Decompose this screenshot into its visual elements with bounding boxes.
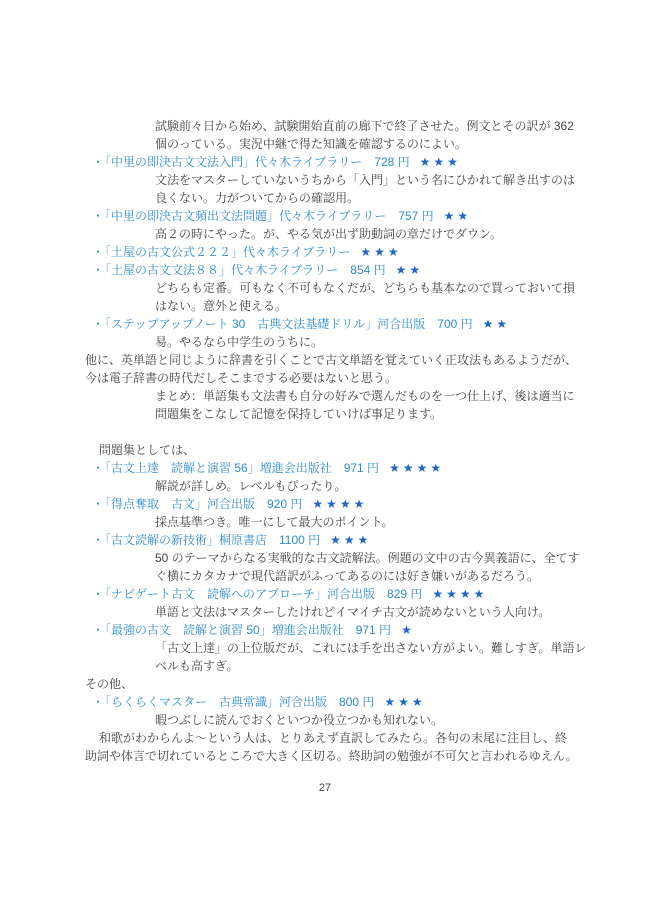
book-entry: ・「得点奪取 古文」河合出版 920 円★★★★ [92,495,567,513]
paragraph-line: 50 のテーマからなる実戦的な古文読解法。例題の文中の古今異義語に、全てす [155,549,567,567]
book-title: 「古文読解の新技術」桐原書店 1100 円 [105,533,320,547]
book-entry: ・「土屋の古文文法８８」代々木ライブラリー 854 円★★ [92,261,567,279]
paragraph-line: 今は電子辞書の時代だしそこまでする必要はないと思う。 [85,369,567,387]
blank-line [85,423,567,441]
book-title: 「土屋の古文公式２２２」代々木ライブラリー [105,245,350,259]
star-rating: ★ [401,623,415,637]
paragraph-line: 高２の時にやった。が、やる気が出ず助動詞の章だけでダウン。 [155,225,567,243]
paragraph-line: 試験前々日から始め、試験開始直前の廊下で終了させた。例文とその訳が 362 [155,117,567,135]
paragraph-line: 良くない。力がついてからの確認用。 [155,189,567,207]
book-title: 「らくらくマスター 古典常識」河合出版 800 円 [105,695,374,709]
book-entry: ・「古文上達 読解と演習 56」増進会出版社 971 円★★★★ [92,459,567,477]
book-entry: ・「ステップアップノート 30 古典文法基礎ドリル」河合出版 700 円★★ [92,315,567,333]
list-bullet: ・ [92,623,104,637]
list-bullet: ・ [92,695,104,709]
star-rating: ★★ [444,209,472,223]
paragraph-line: 暇つぶしに読んでおくといつか役立つかも知れない。 [155,711,567,729]
book-entry: ・「中里の即決古文文法入門」代々木ライブラリー 728 円★★★ [92,153,567,171]
book-title: 「古文上達 読解と演習 56」増進会出版社 971 円 [105,461,379,475]
paragraph-line: 問題集としては、 [99,441,567,459]
star-rating: ★★★ [420,155,461,169]
book-title: 「最強の古文 読解と演習 50」増進会出版社 971 円 [105,623,391,637]
paragraph-line: 採点基準つき。唯一にして最大のポイント。 [155,513,567,531]
paragraph-line: 易。やるなら中学生のうちに。 [155,333,567,351]
paragraph-line: 「古文上達」の上位版だが、これには手を出さない方がよい。難しすぎ。単語レ [155,639,567,657]
star-rating: ★★ [483,317,511,331]
paragraph-line: 単語と文法はマスターしたけれどイマイチ古文が読めないという人向け。 [155,603,567,621]
document-content: 試験前々日から始め、試験開始直前の廊下で終了させた。例文とその訳が 362個のっ… [85,117,567,765]
book-title: 「土屋の古文文法８８」代々木ライブラリー 854 円 [105,263,386,277]
star-rating: ★★★ [360,245,401,259]
star-rating: ★★★ [384,695,425,709]
paragraph-line: 和歌がわからんよ～という人は、とりあえず直訳してみたら。各句の末尾に注目し、終 [99,729,567,747]
paragraph-line: その他、 [85,675,567,693]
book-entry: ・「古文読解の新技術」桐原書店 1100 円★★★ [92,531,567,549]
list-bullet: ・ [92,245,104,259]
list-bullet: ・ [92,317,104,331]
list-bullet: ・ [92,587,104,601]
star-rating: ★★★★ [389,461,444,475]
paragraph-line: 解説が詳しめ。レベルもぴったり。 [155,477,567,495]
paragraph-line: 文法をマスターしていないうちから「入門」という名にひかれて解き出すのは [155,171,567,189]
paragraph-line: まとめ：単語集も文法書も自分の好みで選んだものを一つ仕上げ、後は適当に [155,387,567,405]
book-title: 「ステップアップノート 30 古典文法基礎ドリル」河合出版 700 円 [105,317,473,331]
paragraph-line: 助詞や体言で切れているところで大きく区切る。終助詞の勉強が不可欠と言われるゆえん… [85,747,567,765]
list-bullet: ・ [92,155,104,169]
paragraph-line: はない。意外と使える。 [155,297,567,315]
list-bullet: ・ [92,497,104,511]
paragraph-line: どちらも定番。可もなく不可もなくだが、どちらも基本なので買っておいて損 [155,279,567,297]
book-entry: ・「ナビゲート古文 読解へのアプローチ」河合出版 829 円★★★★ [92,585,567,603]
star-rating: ★★★ [330,533,371,547]
book-entry: ・「中里の即決古文頻出文法問題」代々木ライブラリー 757 円★★ [92,207,567,225]
book-title: 「中里の即決古文文法入門」代々木ライブラリー 728 円 [105,155,410,169]
star-rating: ★★ [396,263,424,277]
list-bullet: ・ [92,209,104,223]
book-title: 「得点奪取 古文」河合出版 920 円 [105,497,302,511]
book-entry: ・「最強の古文 読解と演習 50」増進会出版社 971 円★ [92,621,567,639]
paragraph-line: 個のっている。実況中継で得た知識を確認するのによい。 [155,135,567,153]
document-page: 試験前々日から始め、試験開始直前の廊下で終了させた。例文とその訳が 362個のっ… [0,0,650,919]
paragraph-line: ぐ横にカタカナで現代語訳がふってあるのには好き嫌いがあるだろう。 [155,567,567,585]
paragraph-line: 問題集をこなして記憶を保持していけば事足ります。 [155,405,567,423]
page-number: 27 [0,782,650,794]
paragraph-line: ベルも高すぎ。 [155,657,567,675]
list-bullet: ・ [92,461,104,475]
list-bullet: ・ [92,263,104,277]
book-entry: ・「らくらくマスター 古典常識」河合出版 800 円★★★ [92,693,567,711]
star-rating: ★★★★ [432,587,487,601]
star-rating: ★★★★ [312,497,367,511]
book-title: 「ナビゲート古文 読解へのアプローチ」河合出版 829 円 [105,587,422,601]
book-entry: ・「土屋の古文公式２２２」代々木ライブラリー★★★ [92,243,567,261]
paragraph-line: 他に、英単語と同じように辞書を引くことで古文単語を覚えていく正攻法もあるようだが… [85,351,567,369]
list-bullet: ・ [92,533,104,547]
book-title: 「中里の即決古文頻出文法問題」代々木ライブラリー 757 円 [105,209,434,223]
